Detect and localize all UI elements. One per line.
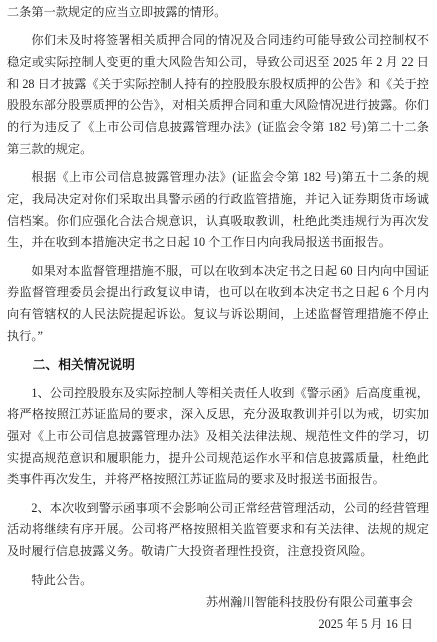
paragraph-response-item-1: 1、公司控股股东及实际控制人等相关责任人收到《警示函》后高度重视，将严格按照江苏…: [7, 383, 429, 491]
paragraph-continuation: 二条第一款规定的应当立即披露的情形。: [7, 2, 429, 24]
signature-company: 苏州瀚川智能科技股份有限公司董事会: [7, 592, 413, 614]
paragraph-response-item-2: 2、本次收到警示函事项不会影响公司正常经营管理活动，公司的经营管理活动将继续有序…: [7, 498, 429, 563]
section-heading-related-situation: 二、相关情况说明: [7, 354, 429, 376]
announcement-document-page: 二条第一款规定的应当立即披露的情形。 你们未及时将签署相关质押合同的情况及合同违…: [0, 0, 437, 642]
signature-block: 苏州瀚川智能科技股份有限公司董事会 2025 年 5 月 16 日: [7, 592, 429, 635]
closing-statement: 特此公告。: [7, 570, 429, 592]
signature-date: 2025 年 5 月 16 日: [7, 614, 413, 636]
paragraph-appeal-rights: 如果对本监督管理措施不服，可以在收到本决定书之日起 60 日内向中国证券监督管理…: [7, 261, 429, 348]
paragraph-violation-description: 你们未及时将签署相关质押合同的情况及合同违约可能导致公司控制权不稳定或实际控制人…: [7, 30, 429, 160]
paragraph-regulatory-measure: 根据《上市公司信息披露管理办法》(证监会令第 182 号)第五十二条的规定，我局…: [7, 167, 429, 254]
